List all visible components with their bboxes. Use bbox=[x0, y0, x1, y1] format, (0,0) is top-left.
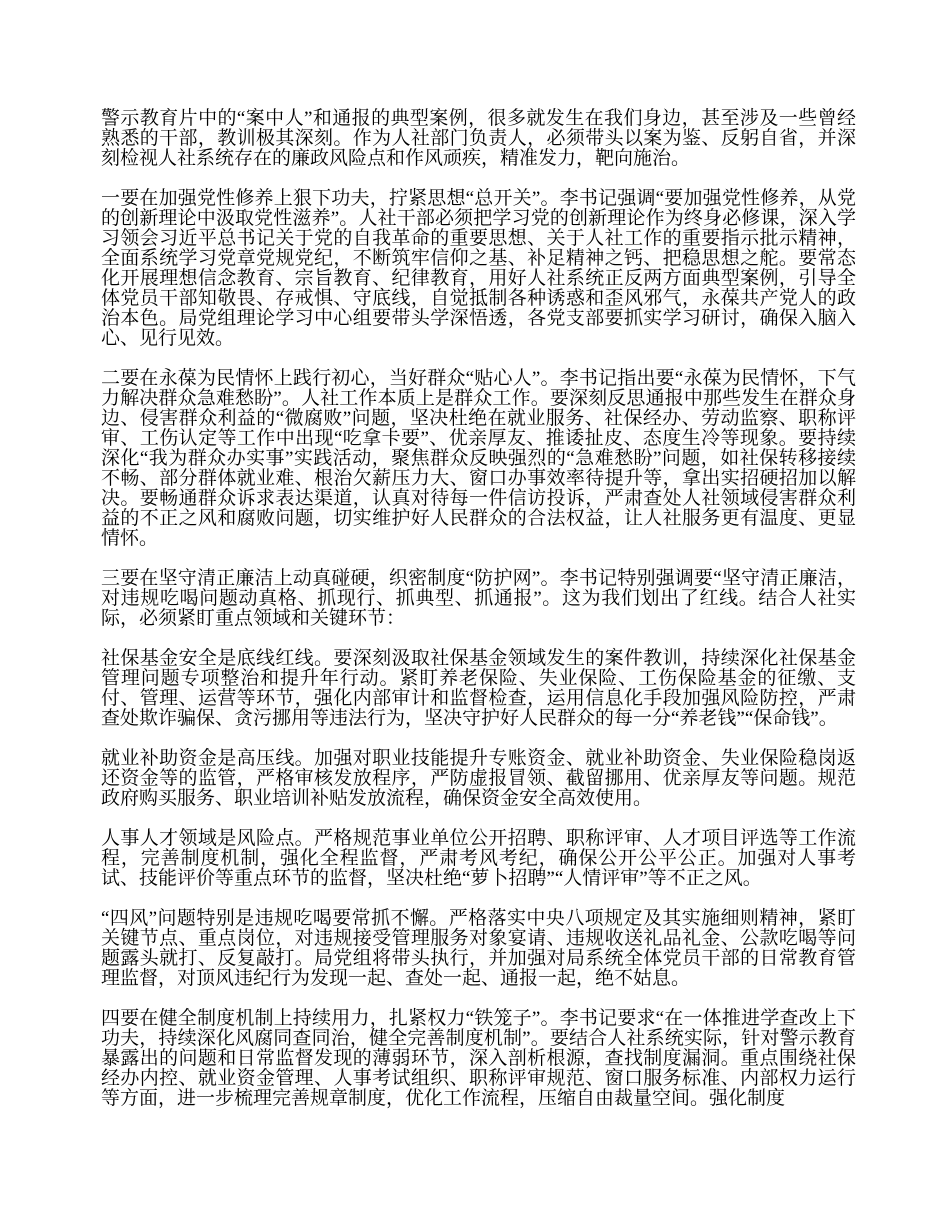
paragraph-point-two: 二要在永葆为民情怀上践行初心，当好群众“贴心人”。李书记指出要“永葆为民情怀，下… bbox=[101, 369, 856, 549]
paragraph-social-security-fund: 社保基金安全是底线红线。要深刻汲取社保基金领域发生的案件教训，持续深化社保基金管… bbox=[101, 649, 856, 729]
paragraph-intro: 警示教育片中的“案中人”和通报的典型案例，很多就发生在我们身边，甚至涉及一些曾经… bbox=[101, 109, 856, 169]
document-page: 警示教育片中的“案中人”和通报的典型案例，很多就发生在我们身边，甚至涉及一些曾经… bbox=[101, 109, 856, 1109]
paragraph-employment-subsidy: 就业补助资金是高压线。加强对职业技能提升专账资金、就业补助资金、失业保险稳岗返还… bbox=[101, 749, 856, 809]
paragraph-point-three: 三要在坚守清正廉洁上动真碰硬，织密制度“防护网”。李书记特别强调要“坚守清正廉洁… bbox=[101, 569, 856, 629]
paragraph-point-four: 四要在健全制度机制上持续用力，扎紧权力“铁笼子”。李书记要求“在一体推进学查改上… bbox=[101, 1009, 856, 1109]
paragraph-point-one: 一要在加强党性修养上狠下功夫，拧紧思想“总开关”。李书记强调“要加强党性修养，从… bbox=[101, 189, 856, 349]
paragraph-personnel-talent: 人事人才领域是风险点。严格规范事业单位公开招聘、职称评审、人才项目评选等工作流程… bbox=[101, 829, 856, 889]
paragraph-four-winds: “四风”问题特别是违规吃喝要常抓不懈。严格落实中央八项规定及其实施细则精神，紧盯… bbox=[101, 909, 856, 989]
